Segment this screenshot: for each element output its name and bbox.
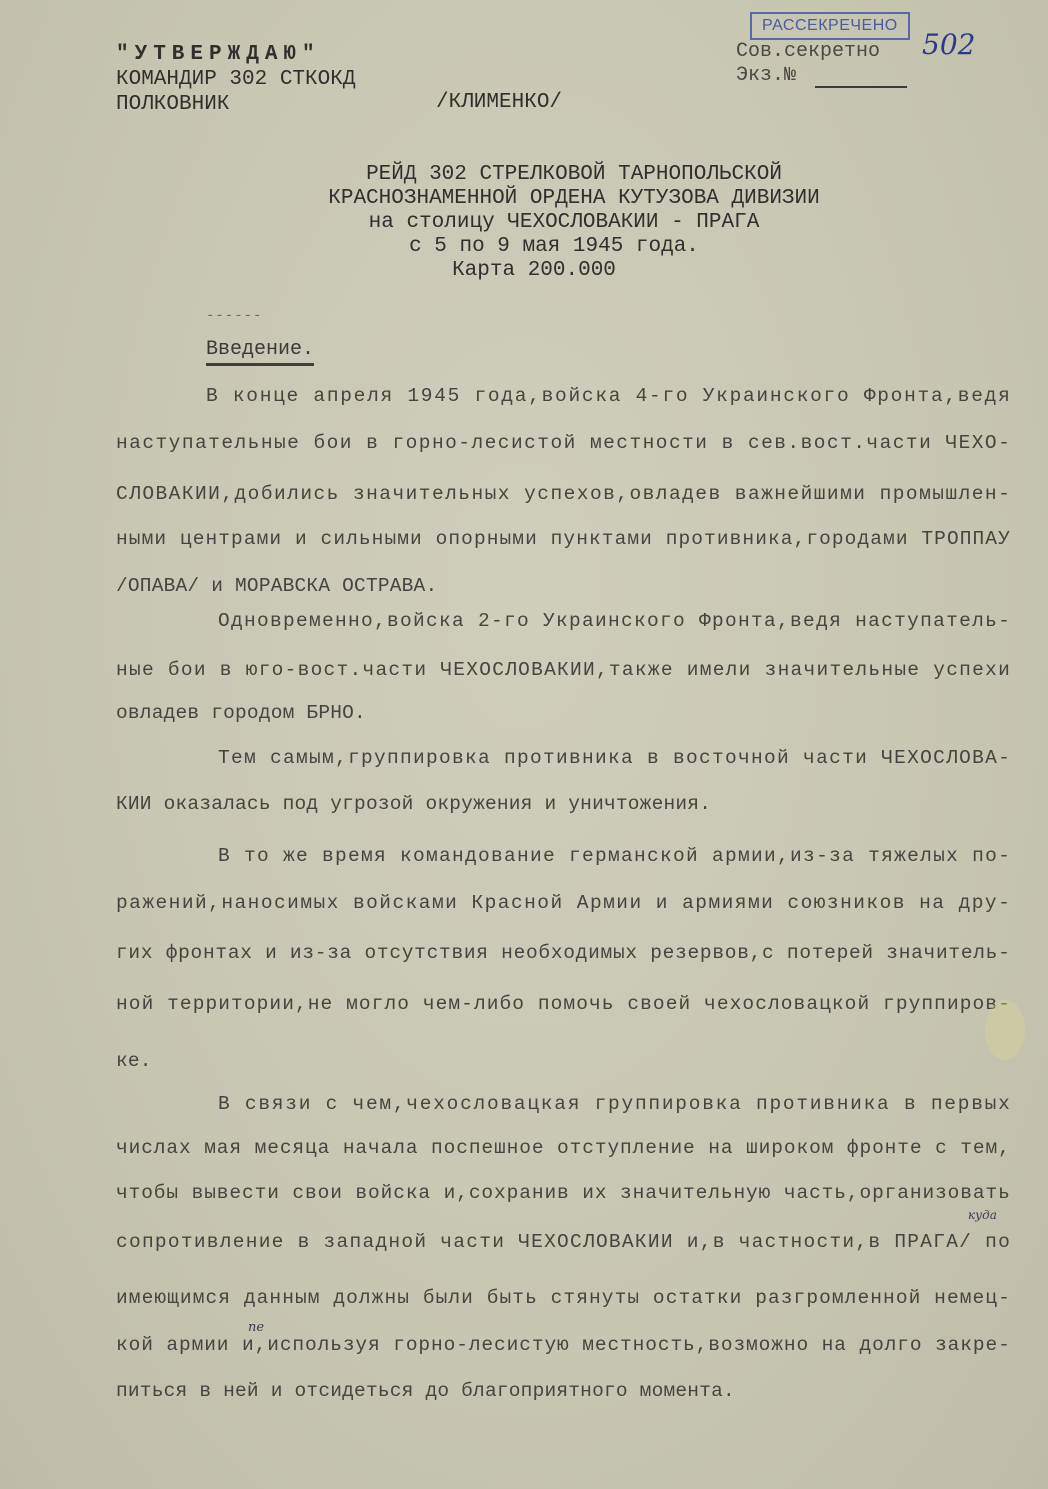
approval-commander: КОМАНДИР 302 СТКОКД	[116, 67, 355, 92]
text-line: числах мая месяца начала поспешное отсту…	[116, 1137, 1011, 1159]
text-line: В то же время командование германской ар…	[218, 845, 1011, 867]
classification-label: Сов.секретно	[736, 40, 880, 64]
text-line: Тем самым,группировка противника в восто…	[218, 747, 1011, 769]
approval-rank: ПОЛКОВНИК	[116, 92, 355, 117]
text-line: ражений,наносимых войсками Красной Армии…	[116, 892, 1011, 914]
text-line: ке.	[116, 1050, 152, 1072]
text-line: чтобы вывести свои войска и,сохранив их …	[116, 1182, 1011, 1204]
paper-stain	[985, 1000, 1025, 1060]
document-page: "УТВЕРЖДАЮ" КОМАНДИР 302 СТКОКД ПОЛКОВНИ…	[0, 0, 1048, 1489]
text-line: питься в ней и отсидеться до благоприятн…	[116, 1380, 735, 1402]
handwritten-note: пе	[248, 1320, 264, 1335]
declassified-stamp: РАССЕКРЕЧЕНО	[750, 12, 910, 40]
text-line: Одновременно,войска 2-го Украинского Фро…	[218, 610, 1011, 632]
text-line: ными центрами и сильными опорными пункта…	[116, 528, 1011, 550]
copy-number-label: Экз.№	[736, 64, 880, 88]
text-line: КИИ оказалась под угрозой окружения и ун…	[116, 793, 711, 815]
text-line: В связи с чем,чехословацкая группировка …	[218, 1093, 1012, 1115]
text-line: /ОПАВА/ и МОРАВСКА ОСТРАВА.	[116, 575, 437, 597]
approval-block: "УТВЕРЖДАЮ" КОМАНДИР 302 СТКОКД ПОЛКОВНИ…	[116, 42, 355, 117]
map-scale: Карта 200.000	[0, 259, 1048, 283]
document-title: РЕЙД 302 СТРЕЛКОВОЙ ТАРНОПОЛЬСКОЙ КРАСНО…	[0, 163, 1048, 283]
title-line: РЕЙД 302 СТРЕЛКОВОЙ ТАРНОПОЛЬСКОЙ	[0, 163, 1048, 187]
approval-title: "УТВЕРЖДАЮ"	[116, 42, 355, 67]
text-line: сопротивление в западной части ЧЕХОСЛОВА…	[116, 1231, 1011, 1253]
title-line: с 5 по 9 мая 1945 года.	[0, 235, 1048, 259]
text-line: овладев городом БРНО.	[116, 702, 366, 724]
text-line: ные бои в юго-вост.части ЧЕХОСЛОВАКИИ,та…	[116, 659, 1011, 681]
title-line: на столицу ЧЕХОСЛОВАКИИ - ПРАГА	[0, 211, 1048, 235]
copy-number-blank	[815, 86, 907, 88]
handwritten-note: куда	[968, 1208, 997, 1222]
classification-block: Сов.секретно Экз.№	[736, 40, 880, 88]
separator-dashes: ------	[206, 308, 262, 324]
text-line: кой армии и,используя горно-лесистую мес…	[116, 1334, 1011, 1356]
archive-page-number: 502	[922, 28, 975, 61]
text-line: наступательные бои в горно-лесистой мест…	[116, 432, 1011, 454]
text-line: ной территории,не могло чем-либо помочь …	[116, 993, 1011, 1015]
section-heading: Введение.	[206, 338, 314, 366]
text-line: В конце апреля 1945 года,войска 4-го Укр…	[206, 385, 1012, 407]
approval-signature: /КЛИМЕНКО/	[436, 91, 562, 114]
text-line: гих фронтах и из-за отсутствия необходим…	[116, 942, 1011, 964]
text-line: СЛОВАКИИ,добились значительных успехов,о…	[116, 483, 1011, 505]
text-line: имеющимся данным должны были быть стянут…	[116, 1287, 1011, 1309]
title-line: КРАСНОЗНАМЕННОЙ ОРДЕНА КУТУЗОВА ДИВИЗИИ	[0, 187, 1048, 211]
